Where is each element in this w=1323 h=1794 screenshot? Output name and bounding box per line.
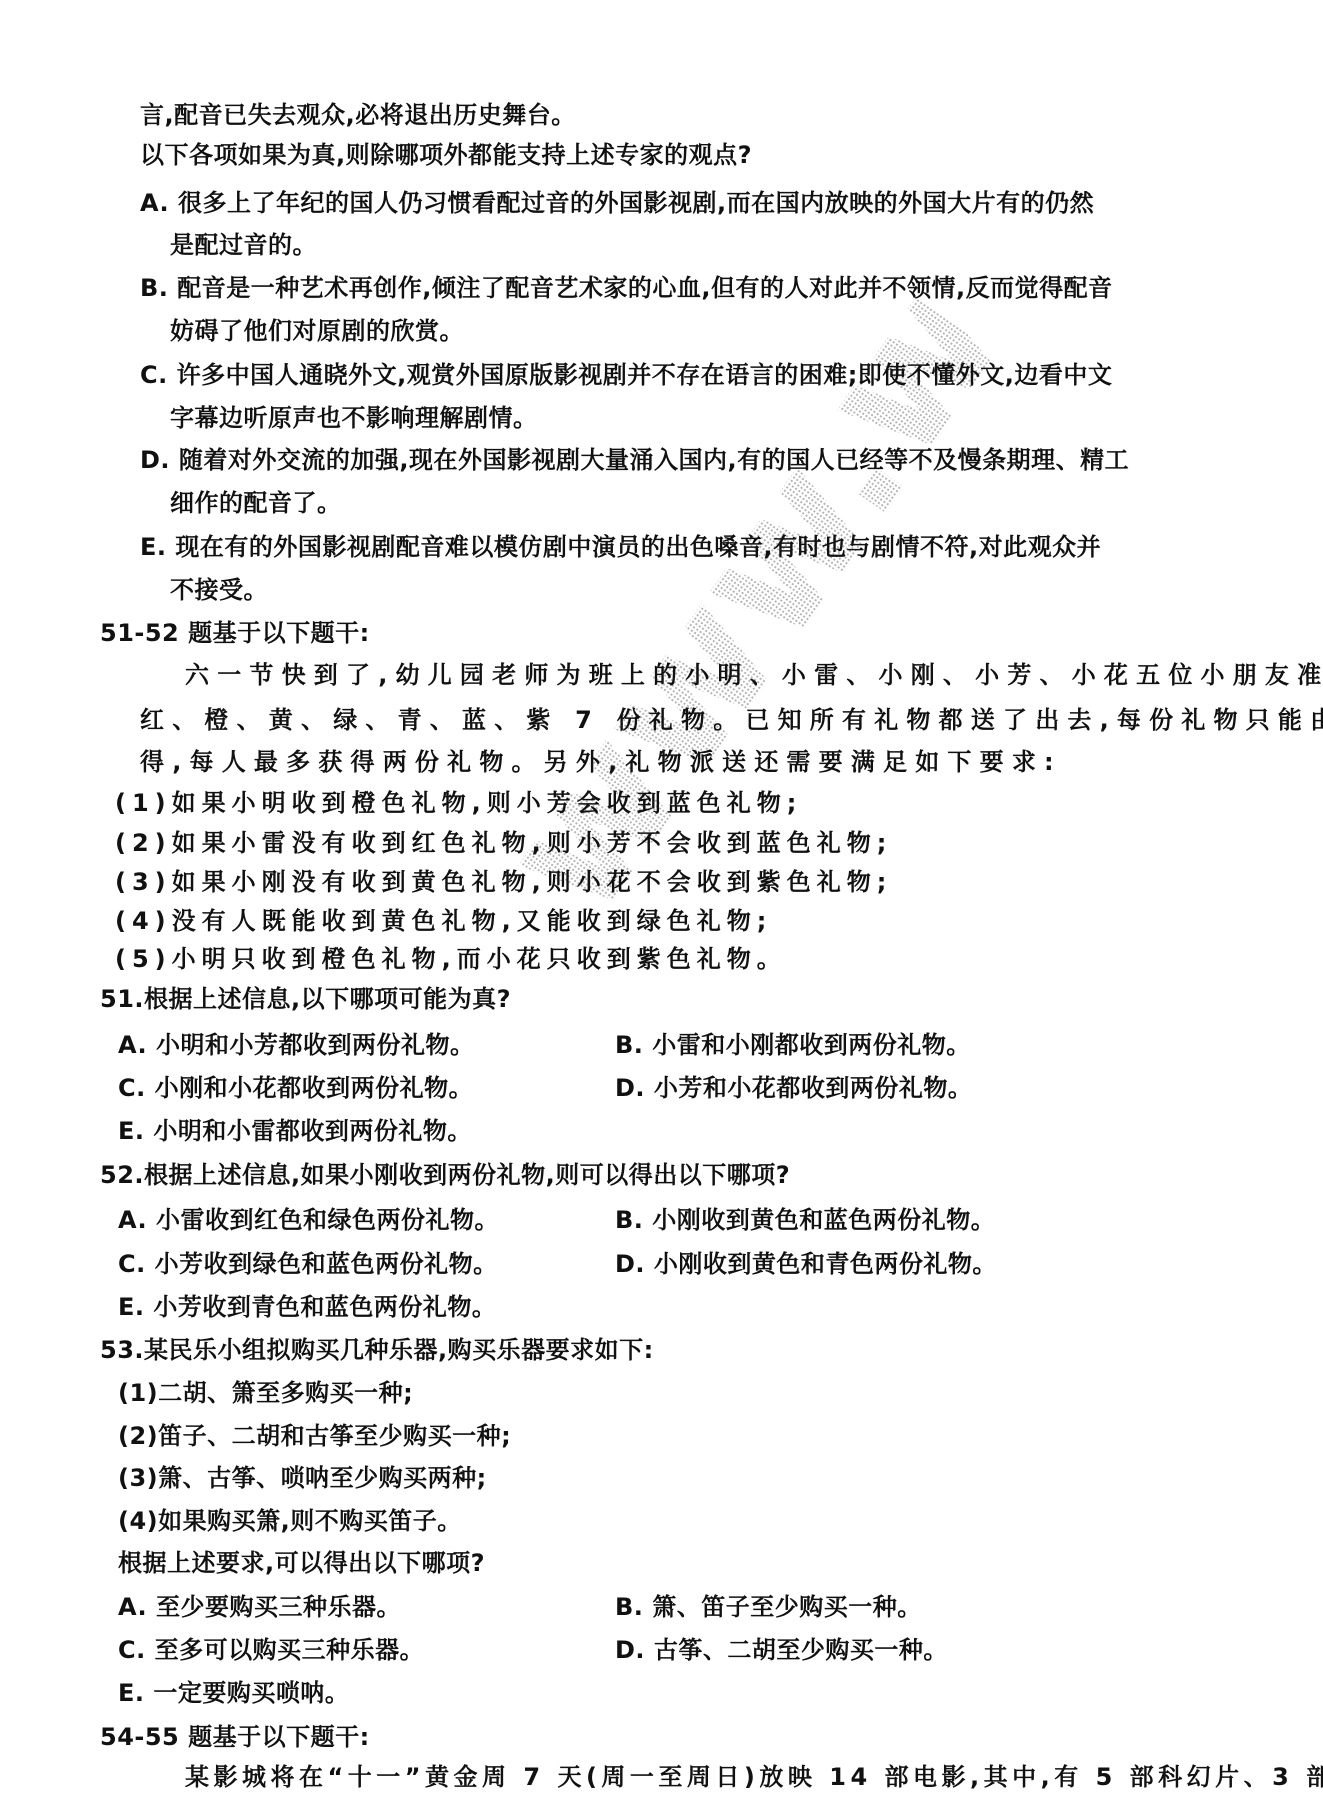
group-54-55-header: 54-55 题基于以下题干: (100, 1722, 370, 1752)
option-text: 小刚收到黄色和蓝色两份礼物。 (652, 1206, 995, 1234)
q53-condition-1: (1)二胡、箫至多购买一种; (118, 1378, 413, 1408)
option-label: A. (118, 1206, 147, 1234)
option-label: E. (118, 1293, 145, 1321)
q53-question: 53.某民乐小组拟购买几种乐器,购买乐器要求如下: (100, 1335, 654, 1365)
option-label: D. (615, 1636, 645, 1664)
option-text: 很多上了年纪的国人仍习惯看配过音的外国影视剧,而在国内放映的外国大片有的仍然 (178, 189, 1094, 217)
condition-3: (3)如果小刚没有收到黄色礼物,则小花不会收到紫色礼物; (115, 867, 892, 897)
q50-option-a[interactable]: A. 很多上了年纪的国人仍习惯看配过音的外国影视剧,而在国内放映的外国大片有的仍… (140, 188, 1094, 218)
q53-option-c[interactable]: C. 至多可以购买三种乐器。 (118, 1635, 424, 1665)
q50-option-c[interactable]: C. 许多中国人通晓外文,观赏外国原版影视剧并不存在语言的困难;即使不懂外文,边… (140, 360, 1112, 390)
option-label: C. (118, 1250, 146, 1278)
q50-option-e-cont: 不接受。 (170, 575, 268, 605)
option-text: 小刚和小花都收到两份礼物。 (155, 1074, 474, 1102)
condition-4: (4)没有人既能收到黄色礼物,又能收到绿色礼物; (115, 906, 772, 936)
q53-condition-3: (3)箫、古筝、唢呐至少购买两种; (118, 1463, 487, 1493)
q51-option-e[interactable]: E. 小明和小雷都收到两份礼物。 (118, 1116, 472, 1146)
option-text: 小刚收到黄色和青色两份礼物。 (654, 1250, 997, 1278)
option-text: 一定要购买唢呐。 (153, 1679, 349, 1707)
q52-question: 52.根据上述信息,如果小刚收到两份礼物,则可以得出以下哪项? (100, 1160, 790, 1190)
option-label: D. (140, 446, 170, 474)
option-text: 小明和小雷都收到两份礼物。 (153, 1117, 472, 1145)
option-text: 古筝、二胡至少购买一种。 (654, 1636, 948, 1664)
group-51-52-stem-line-2: 红、橙、黄、绿、青、蓝、紫 7 份礼物。已知所有礼物都送了出去,每份礼物只能由一… (140, 705, 1323, 735)
option-label: B. (615, 1206, 643, 1234)
q50-option-e[interactable]: E. 现在有的外国影视剧配音难以模仿剧中演员的出色嗓音,有时也与剧情不符,对此观… (140, 532, 1101, 562)
condition-1: (1)如果小明收到橙色礼物,则小芳会收到蓝色礼物; (115, 788, 802, 818)
option-label: C. (140, 361, 168, 389)
q50-option-b[interactable]: B. 配音是一种艺术再创作,倾注了配音艺术家的心血,但有的人对此并不领情,反而觉… (140, 273, 1113, 303)
exam-page: www.wiz...com 言,配音已失去观众,必将退出历史舞台。 以下各项如果… (0, 0, 1323, 1794)
q53-option-b[interactable]: B. 箫、笛子至少购买一种。 (615, 1592, 922, 1622)
q53-option-a[interactable]: A. 至少要购买三种乐器。 (118, 1592, 401, 1622)
q51-option-b[interactable]: B. 小雷和小刚都收到两份礼物。 (615, 1030, 971, 1060)
option-label: B. (615, 1031, 643, 1059)
option-text: 箫、笛子至少购买一种。 (652, 1593, 922, 1621)
option-label: A. (140, 189, 169, 217)
option-label: D. (615, 1250, 645, 1278)
option-text: 小明和小芳都收到两份礼物。 (156, 1031, 475, 1059)
option-label: D. (615, 1074, 645, 1102)
q51-question: 51.根据上述信息,以下哪项可能为真? (100, 984, 511, 1014)
group-51-52-stem-line-1: 六一节快到了,幼儿园老师为班上的小明、小雷、小刚、小芳、小花五位小朋友准备了 (185, 660, 1323, 690)
option-text: 随着对外交流的加强,现在外国影视剧大量涌入国内,有的国人已经等不及慢条期理、精工 (179, 446, 1129, 474)
option-label: E. (118, 1679, 145, 1707)
q50-question: 以下各项如果为真,则除哪项外都能支持上述专家的观点? (140, 140, 752, 170)
option-text: 配音是一种艺术再创作,倾注了配音艺术家的心血,但有的人对此并不领情,反而觉得配音 (177, 274, 1112, 302)
option-text: 小芳收到绿色和蓝色两份礼物。 (155, 1250, 498, 1278)
option-text: 现在有的外国影视剧配音难以模仿剧中演员的出色嗓音,有时也与剧情不符,对此观众并 (175, 533, 1101, 561)
q51-option-d[interactable]: D. 小芳和小花都收到两份礼物。 (615, 1073, 972, 1103)
option-label: E. (140, 533, 167, 561)
option-text: 至少要购买三种乐器。 (156, 1593, 401, 1621)
q51-option-a[interactable]: A. 小明和小芳都收到两份礼物。 (118, 1030, 475, 1060)
option-label: C. (118, 1636, 146, 1664)
condition-5: (5)小明只收到橙色礼物,而小花只收到紫色礼物。 (115, 944, 787, 974)
q50-option-d-cont: 细作的配音了。 (170, 488, 342, 518)
condition-2: (2)如果小雷没有收到红色礼物,则小芳不会收到蓝色礼物; (115, 828, 892, 858)
q53-condition-2: (2)笛子、二胡和古筝至少购买一种; (118, 1421, 511, 1451)
q53-option-e[interactable]: E. 一定要购买唢呐。 (118, 1678, 349, 1708)
group-51-52-header: 51-52 题基于以下题干: (100, 618, 370, 648)
option-label: B. (140, 274, 168, 302)
q50-option-a-cont: 是配过音的。 (170, 230, 317, 260)
q52-option-c[interactable]: C. 小芳收到绿色和蓝色两份礼物。 (118, 1249, 498, 1279)
option-text: 小芳和小花都收到两份礼物。 (654, 1074, 973, 1102)
q53-prompt: 根据上述要求,可以得出以下哪项? (118, 1548, 485, 1578)
q50-option-b-cont: 妨碍了他们对原剧的欣赏。 (170, 316, 464, 346)
option-label: B. (615, 1593, 643, 1621)
option-label: C. (118, 1074, 146, 1102)
q52-option-e[interactable]: E. 小芳收到青色和蓝色两份礼物。 (118, 1292, 496, 1322)
option-text: 许多中国人通晓外文,观赏外国原版影视剧并不存在语言的困难;即使不懂外文,边看中文 (177, 361, 1113, 389)
option-label: A. (118, 1593, 147, 1621)
option-text: 小雷收到红色和绿色两份礼物。 (156, 1206, 499, 1234)
q52-option-b[interactable]: B. 小刚收到黄色和蓝色两份礼物。 (615, 1205, 995, 1235)
q50-option-d[interactable]: D. 随着对外交流的加强,现在外国影视剧大量涌入国内,有的国人已经等不及慢条期理… (140, 445, 1129, 475)
q51-option-c[interactable]: C. 小刚和小花都收到两份礼物。 (118, 1073, 473, 1103)
q53-condition-4: (4)如果购买箫,则不购买笛子。 (118, 1506, 462, 1536)
option-text: 小芳收到青色和蓝色两份礼物。 (153, 1293, 496, 1321)
option-text: 至多可以购买三种乐器。 (155, 1636, 425, 1664)
option-text: 小雷和小刚都收到两份礼物。 (652, 1031, 971, 1059)
option-label: E. (118, 1117, 145, 1145)
q50-stem-continuation: 言,配音已失去观众,必将退出历史舞台。 (140, 100, 576, 130)
q52-option-a[interactable]: A. 小雷收到红色和绿色两份礼物。 (118, 1205, 499, 1235)
group-51-52-stem-line-3: 得,每人最多获得两份礼物。另外,礼物派送还需要满足如下要求: (140, 747, 1062, 777)
q50-option-c-cont: 字幕边听原声也不影响理解剧情。 (170, 403, 538, 433)
q52-option-d[interactable]: D. 小刚收到黄色和青色两份礼物。 (615, 1249, 997, 1279)
option-label: A. (118, 1031, 147, 1059)
group-54-55-stem-line-1: 某影城将在“十一”黄金周 7 天(周一至周日)放映 14 部电影,其中,有 5 … (185, 1762, 1323, 1792)
q53-option-d[interactable]: D. 古筝、二胡至少购买一种。 (615, 1635, 948, 1665)
